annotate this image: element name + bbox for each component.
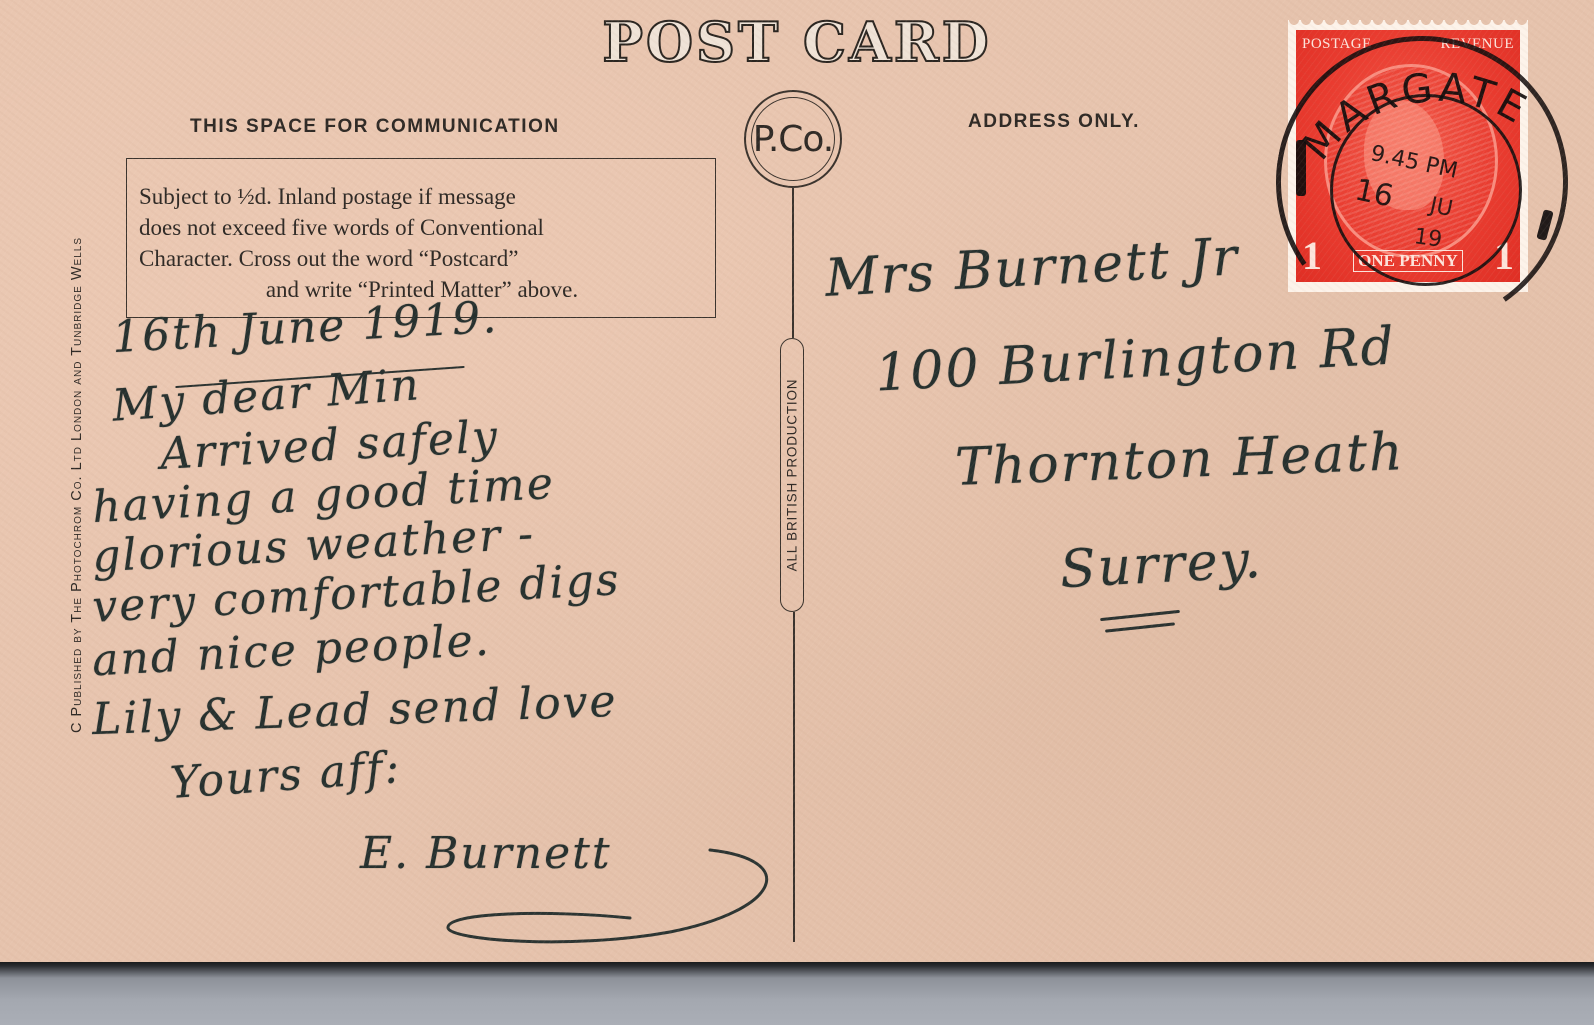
postage-notice-box: Subject to ½d. Inland postage if message… [126, 158, 716, 318]
address-line-3: Thornton Heath [954, 422, 1405, 498]
postcard-title: POST CARD [587, 12, 1007, 72]
postmark-day: 16 [1352, 172, 1397, 214]
message-line-7: Lily & Lead send love [91, 676, 618, 745]
center-divider-line [792, 188, 794, 338]
message-closing: Yours aff: [169, 742, 403, 809]
center-divider-line-lower [793, 612, 795, 942]
publisher-logo: P.Co. [744, 90, 842, 188]
notice-line-3: Character. Cross out the word “Postcard” [139, 243, 705, 274]
postcard: POST CARD THIS SPACE FOR COMMUNICATION A… [0, 0, 1594, 962]
notice-line-2: does not exceed five words of Convention… [139, 212, 705, 243]
background-surface [0, 960, 1594, 1025]
notice-line-1: Subject to ½d. Inland postage if message [139, 181, 705, 212]
publisher-logo-text: P.Co. [751, 97, 835, 181]
address-underline-2 [1105, 622, 1175, 632]
postmark-bar-left [1296, 140, 1306, 196]
british-production-label: ALL BRITISH PRODUCTION [780, 338, 804, 612]
address-label: ADDRESS ONLY. [968, 111, 1140, 133]
postmark-month: JU [1428, 193, 1455, 222]
signature-flourish [440, 840, 790, 950]
british-production-text: ALL BRITISH PRODUCTION [785, 379, 800, 572]
address-underline-1 [1100, 610, 1180, 621]
postmark-year: 19 [1412, 224, 1443, 253]
address-line-2: 100 Burlington Rd [874, 316, 1397, 403]
communication-label: THIS SPACE FOR COMMUNICATION [190, 116, 560, 138]
address-line-4: Surrey. [1059, 530, 1264, 601]
address-line-1: Mrs Burnett Jr [824, 227, 1241, 309]
publisher-imprint-text: C Published by The Photochrom Co. Ltd Lo… [69, 237, 85, 733]
